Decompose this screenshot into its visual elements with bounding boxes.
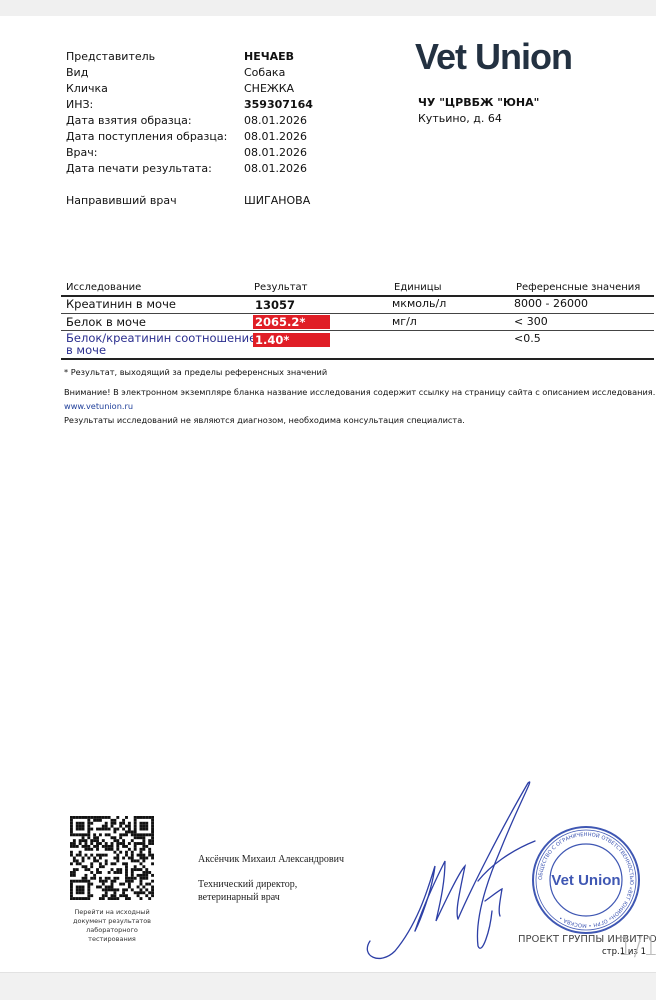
header-reference: Референсные значения <box>516 282 640 293</box>
clinic-name: ЧУ "ЦРВБЖ "ЮНА" <box>418 96 539 109</box>
test-result-out-of-range: 2065.2* <box>253 315 330 329</box>
page-indicator: 1/1 <box>617 932 656 962</box>
test-units: мкмоль/л <box>392 297 446 310</box>
header-result: Результат <box>254 282 307 293</box>
disclaimer-note: Результаты исследований не являются диаг… <box>64 415 465 425</box>
test-units: мг/л <box>392 315 417 328</box>
test-name: Белок в моче <box>66 315 146 329</box>
test-name-link[interactable]: Белок/креатинин соотношение в моче <box>66 332 256 356</box>
info-value: Собака <box>244 65 285 81</box>
signer-title-2: ветеринарный врач <box>198 892 280 903</box>
info-label: Врач: <box>66 145 97 161</box>
test-reference: <0.5 <box>514 332 541 345</box>
info-label: Дата поступления образца: <box>66 129 227 145</box>
test-result: 13057 <box>255 298 295 312</box>
info-value: 08.01.2026 <box>244 161 307 177</box>
header-test: Исследование <box>66 282 141 293</box>
table-bottom-divider <box>61 358 654 360</box>
qr-caption: Перейти на исходный документ результатов… <box>62 908 162 944</box>
header-units: Единицы <box>394 282 441 293</box>
info-value: 359307164 <box>244 97 313 113</box>
out-of-range-footnote: * Результат, выходящий за пределы рефере… <box>64 367 327 377</box>
info-value: НЕЧАЕВ <box>244 49 294 65</box>
signer-name: Аксёнчик Михаил Александрович <box>198 854 344 865</box>
test-reference: < 300 <box>514 315 548 328</box>
info-label: Кличка <box>66 81 108 97</box>
info-label: ИНЗ: <box>66 97 93 113</box>
info-label: Вид <box>66 65 88 81</box>
info-value: 08.01.2026 <box>244 145 307 161</box>
website-link[interactable]: www.vetunion.ru <box>64 401 133 411</box>
referring-doctor-label: Направивший врач <box>66 193 177 209</box>
info-label: Дата печати результата: <box>66 161 212 177</box>
info-value: 08.01.2026 <box>244 129 307 145</box>
stamp-logo-text: Vet Union <box>551 872 620 889</box>
info-label: Представитель <box>66 49 155 65</box>
qr-caption-line: лабораторного тестирования <box>62 926 162 944</box>
company-stamp-icon: ОБЩЕСТВО С ОГРАНИЧЕННОЙ ОТВЕТСТВЕННОСТЬЮ… <box>530 824 642 936</box>
qr-caption-line: документ результатов <box>62 917 162 926</box>
info-value: 08.01.2026 <box>244 113 307 129</box>
signature-icon <box>360 771 540 971</box>
vet-union-logo: Vet Union <box>415 36 572 78</box>
test-name: Креатинин в моче <box>66 297 176 311</box>
clinic-address: Кутьино, д. 64 <box>418 112 502 125</box>
test-result-out-of-range: 1.40* <box>253 333 330 347</box>
info-value: СНЕЖКА <box>244 81 294 97</box>
row-divider <box>61 313 654 314</box>
test-reference: 8000 - 26000 <box>514 297 588 310</box>
qr-code[interactable] <box>70 816 154 900</box>
document-page: ПредставительНЕЧАЕВВидСобакаКличкаСНЕЖКА… <box>0 16 656 972</box>
info-label: Дата взятия образца: <box>66 113 192 129</box>
referring-doctor-value: ШИГАНОВА <box>244 193 310 209</box>
signer-title-1: Технический директор, <box>198 879 297 890</box>
attention-note: Внимание! В электронном экземпляре бланк… <box>64 387 655 397</box>
qr-caption-line: Перейти на исходный <box>62 908 162 917</box>
test-name-line-2: в моче <box>66 344 256 356</box>
viewer-bottom-bar <box>0 972 656 1000</box>
